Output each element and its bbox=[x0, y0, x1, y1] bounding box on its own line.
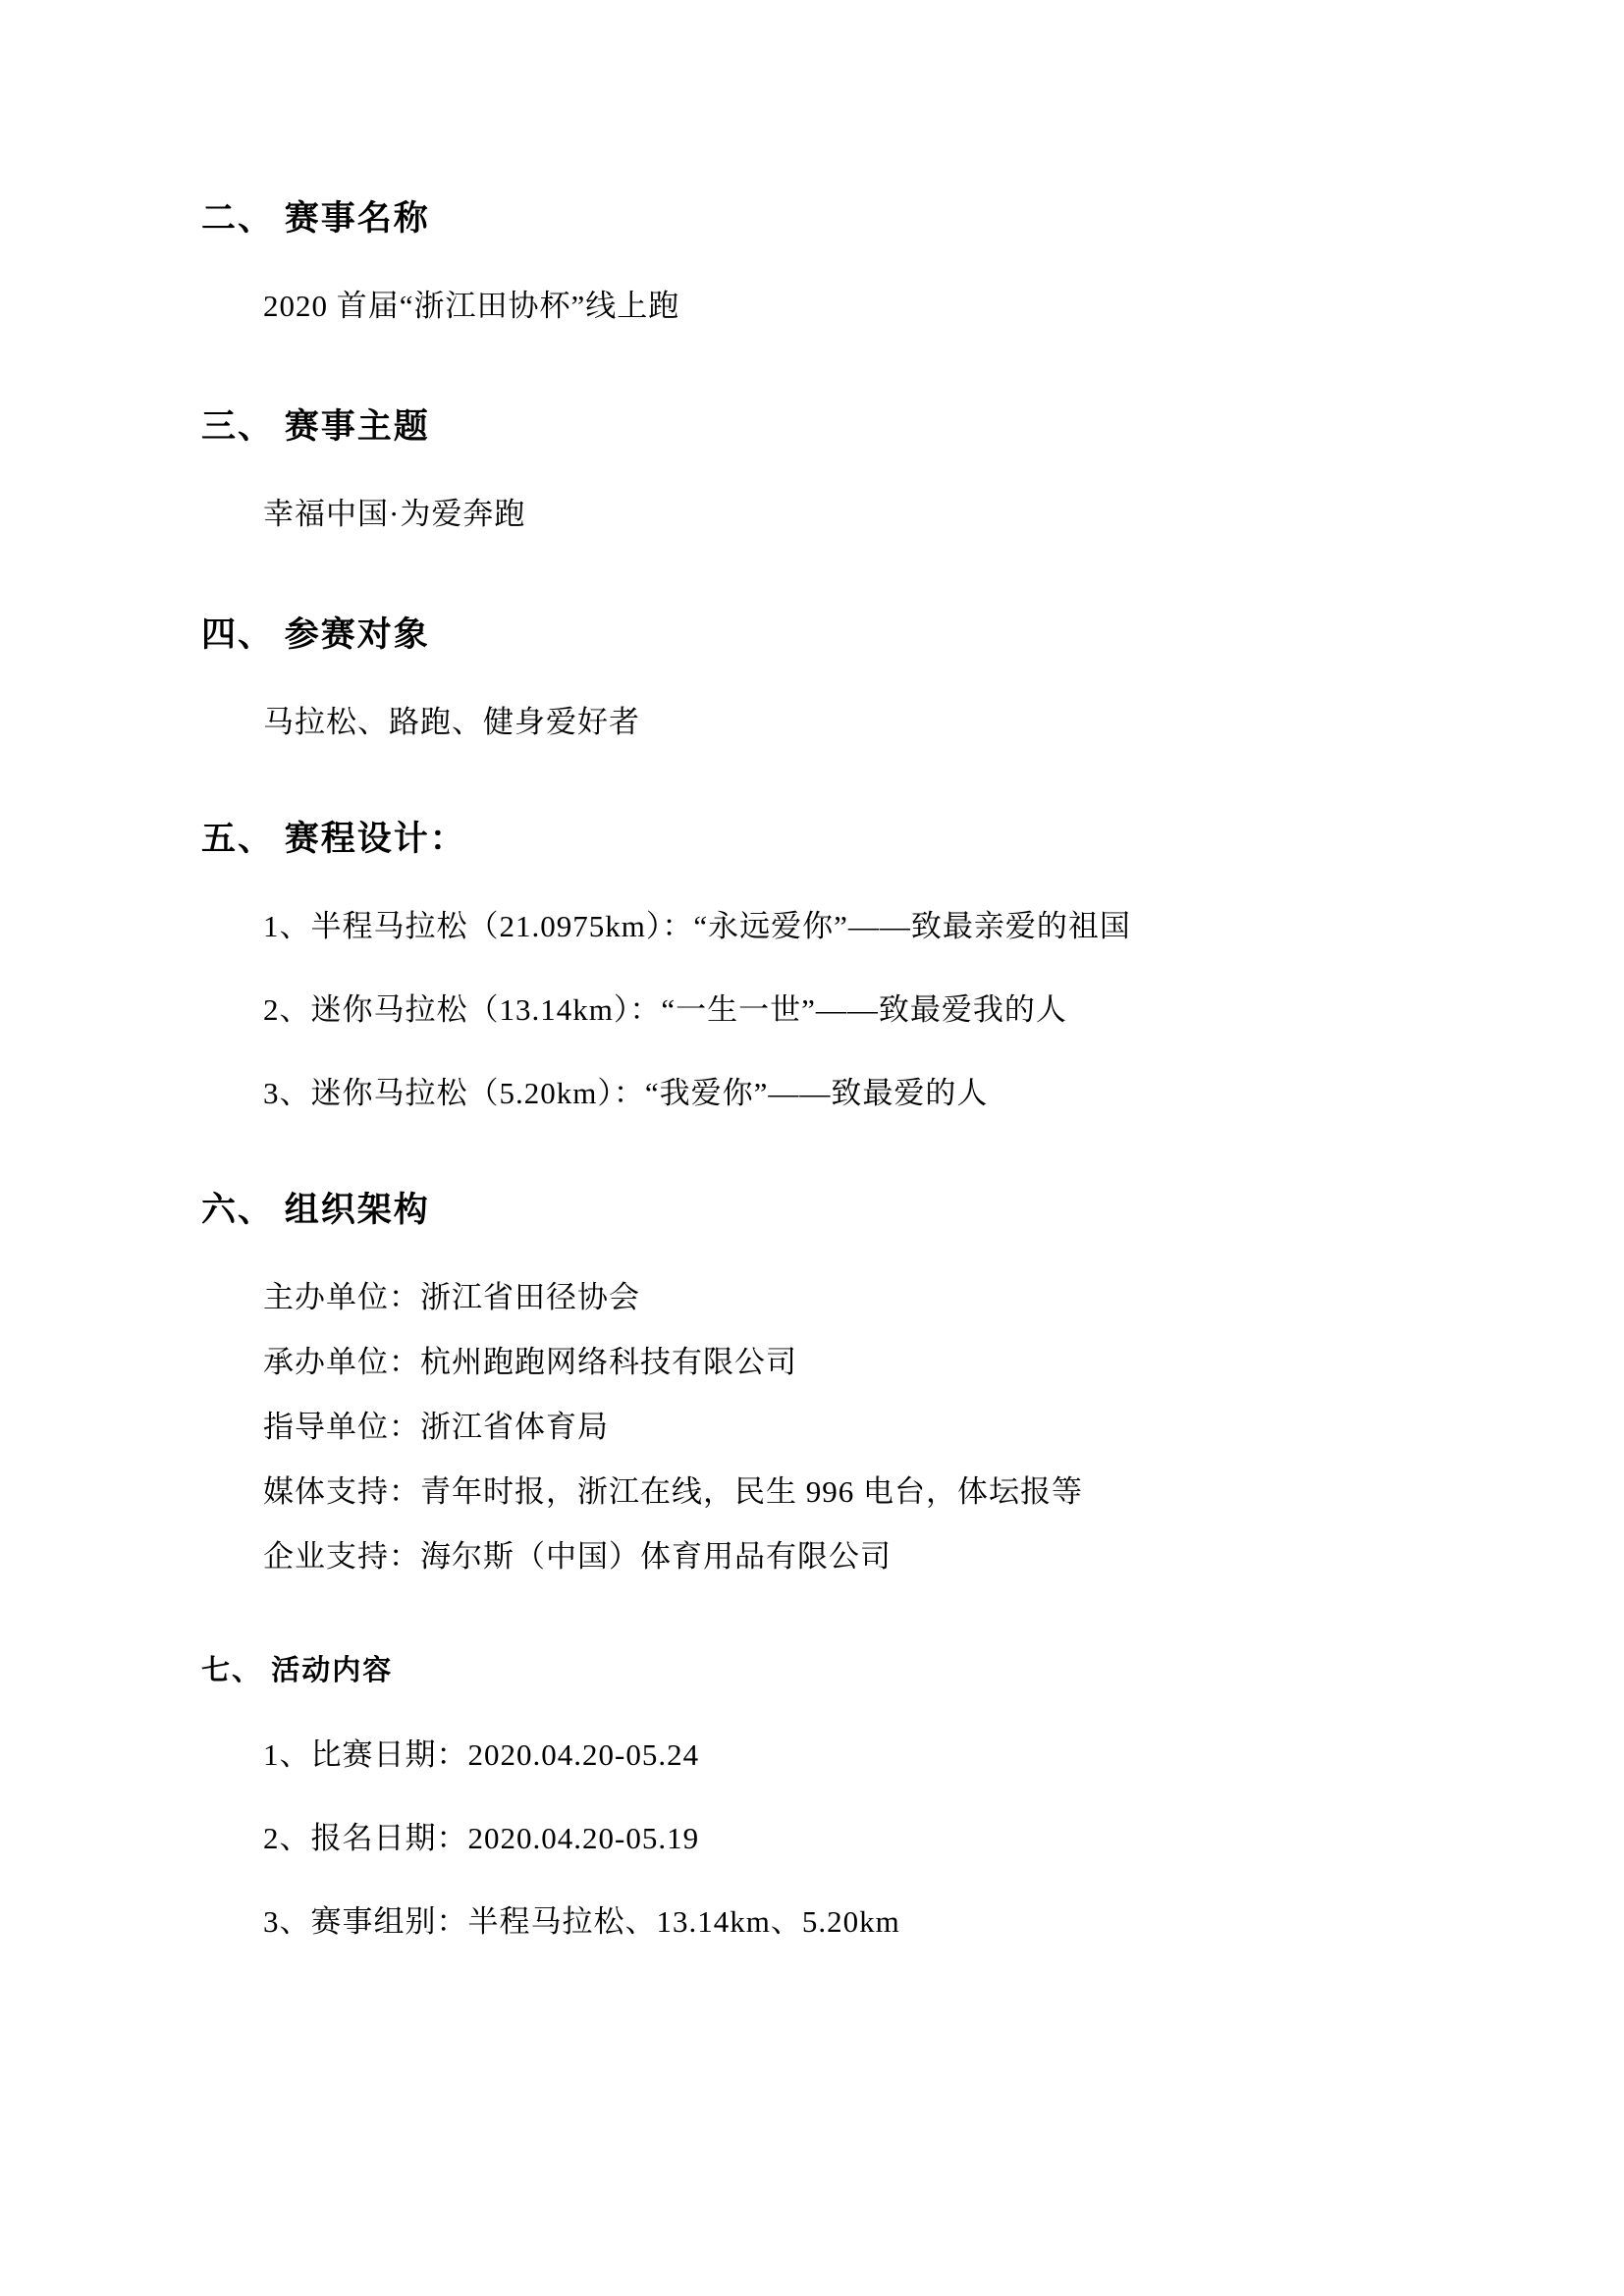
section-course-design: 五、 赛程设计： 1、半程马拉松（21.0975km）：“永远爱你”——致最亲爱… bbox=[201, 817, 1477, 1115]
section-event-name: 二、 赛事名称 2020 首届“浙江田协杯”线上跑 bbox=[201, 196, 1477, 328]
body-line: 马拉松、路跑、健身爱好者 bbox=[201, 701, 1477, 744]
list-item: 3、赛事组别：半程马拉松、13.14km、5.20km bbox=[201, 1900, 1477, 1944]
list-item: 1、比赛日期：2020.04.20-05.24 bbox=[201, 1734, 1477, 1777]
section-organization: 六、 组织架构 主办单位：浙江省田径协会 承办单位：杭州跑跑网络科技有限公司 指… bbox=[201, 1188, 1477, 1578]
section-activities: 七、 活动内容 1、比赛日期：2020.04.20-05.24 2、报名日期：2… bbox=[201, 1651, 1477, 1944]
section-event-theme: 三、 赛事主题 幸福中国·为爱奔跑 bbox=[201, 404, 1477, 536]
document-page: 二、 赛事名称 2020 首届“浙江田协杯”线上跑 三、 赛事主题 幸福中国·为… bbox=[0, 0, 1624, 2296]
section-heading: 五、 赛程设计： bbox=[201, 817, 1477, 862]
section-heading: 四、 参赛对象 bbox=[201, 613, 1477, 658]
section-heading: 三、 赛事主题 bbox=[201, 404, 1477, 450]
body-line: 2020 首届“浙江田协杯”线上跑 bbox=[201, 285, 1477, 328]
org-line: 承办单位：杭州跑跑网络科技有限公司 bbox=[201, 1341, 1477, 1384]
org-line: 媒体支持：青年时报，浙江在线，民生 996 电台，体坛报等 bbox=[201, 1470, 1477, 1514]
section-heading: 六、 组织架构 bbox=[201, 1188, 1477, 1233]
section-heading: 七、 活动内容 bbox=[201, 1651, 1477, 1690]
list-item: 2、迷你马拉松（13.14km）：“一生一世”——致最爱我的人 bbox=[201, 988, 1477, 1032]
org-line: 指导单位：浙江省体育局 bbox=[201, 1406, 1477, 1449]
list-item: 2、报名日期：2020.04.20-05.19 bbox=[201, 1817, 1477, 1860]
section-heading: 二、 赛事名称 bbox=[201, 196, 1477, 241]
list-item: 3、迷你马拉松（5.20km）：“我爱你”——致最爱的人 bbox=[201, 1072, 1477, 1115]
body-line: 幸福中国·为爱奔跑 bbox=[201, 493, 1477, 536]
org-line: 企业支持：海尔斯（中国）体育用品有限公司 bbox=[201, 1535, 1477, 1578]
list-item: 1、半程马拉松（21.0975km）：“永远爱你”——致最亲爱的祖国 bbox=[201, 905, 1477, 948]
section-participants: 四、 参赛对象 马拉松、路跑、健身爱好者 bbox=[201, 613, 1477, 744]
org-line: 主办单位：浙江省田径协会 bbox=[201, 1276, 1477, 1319]
